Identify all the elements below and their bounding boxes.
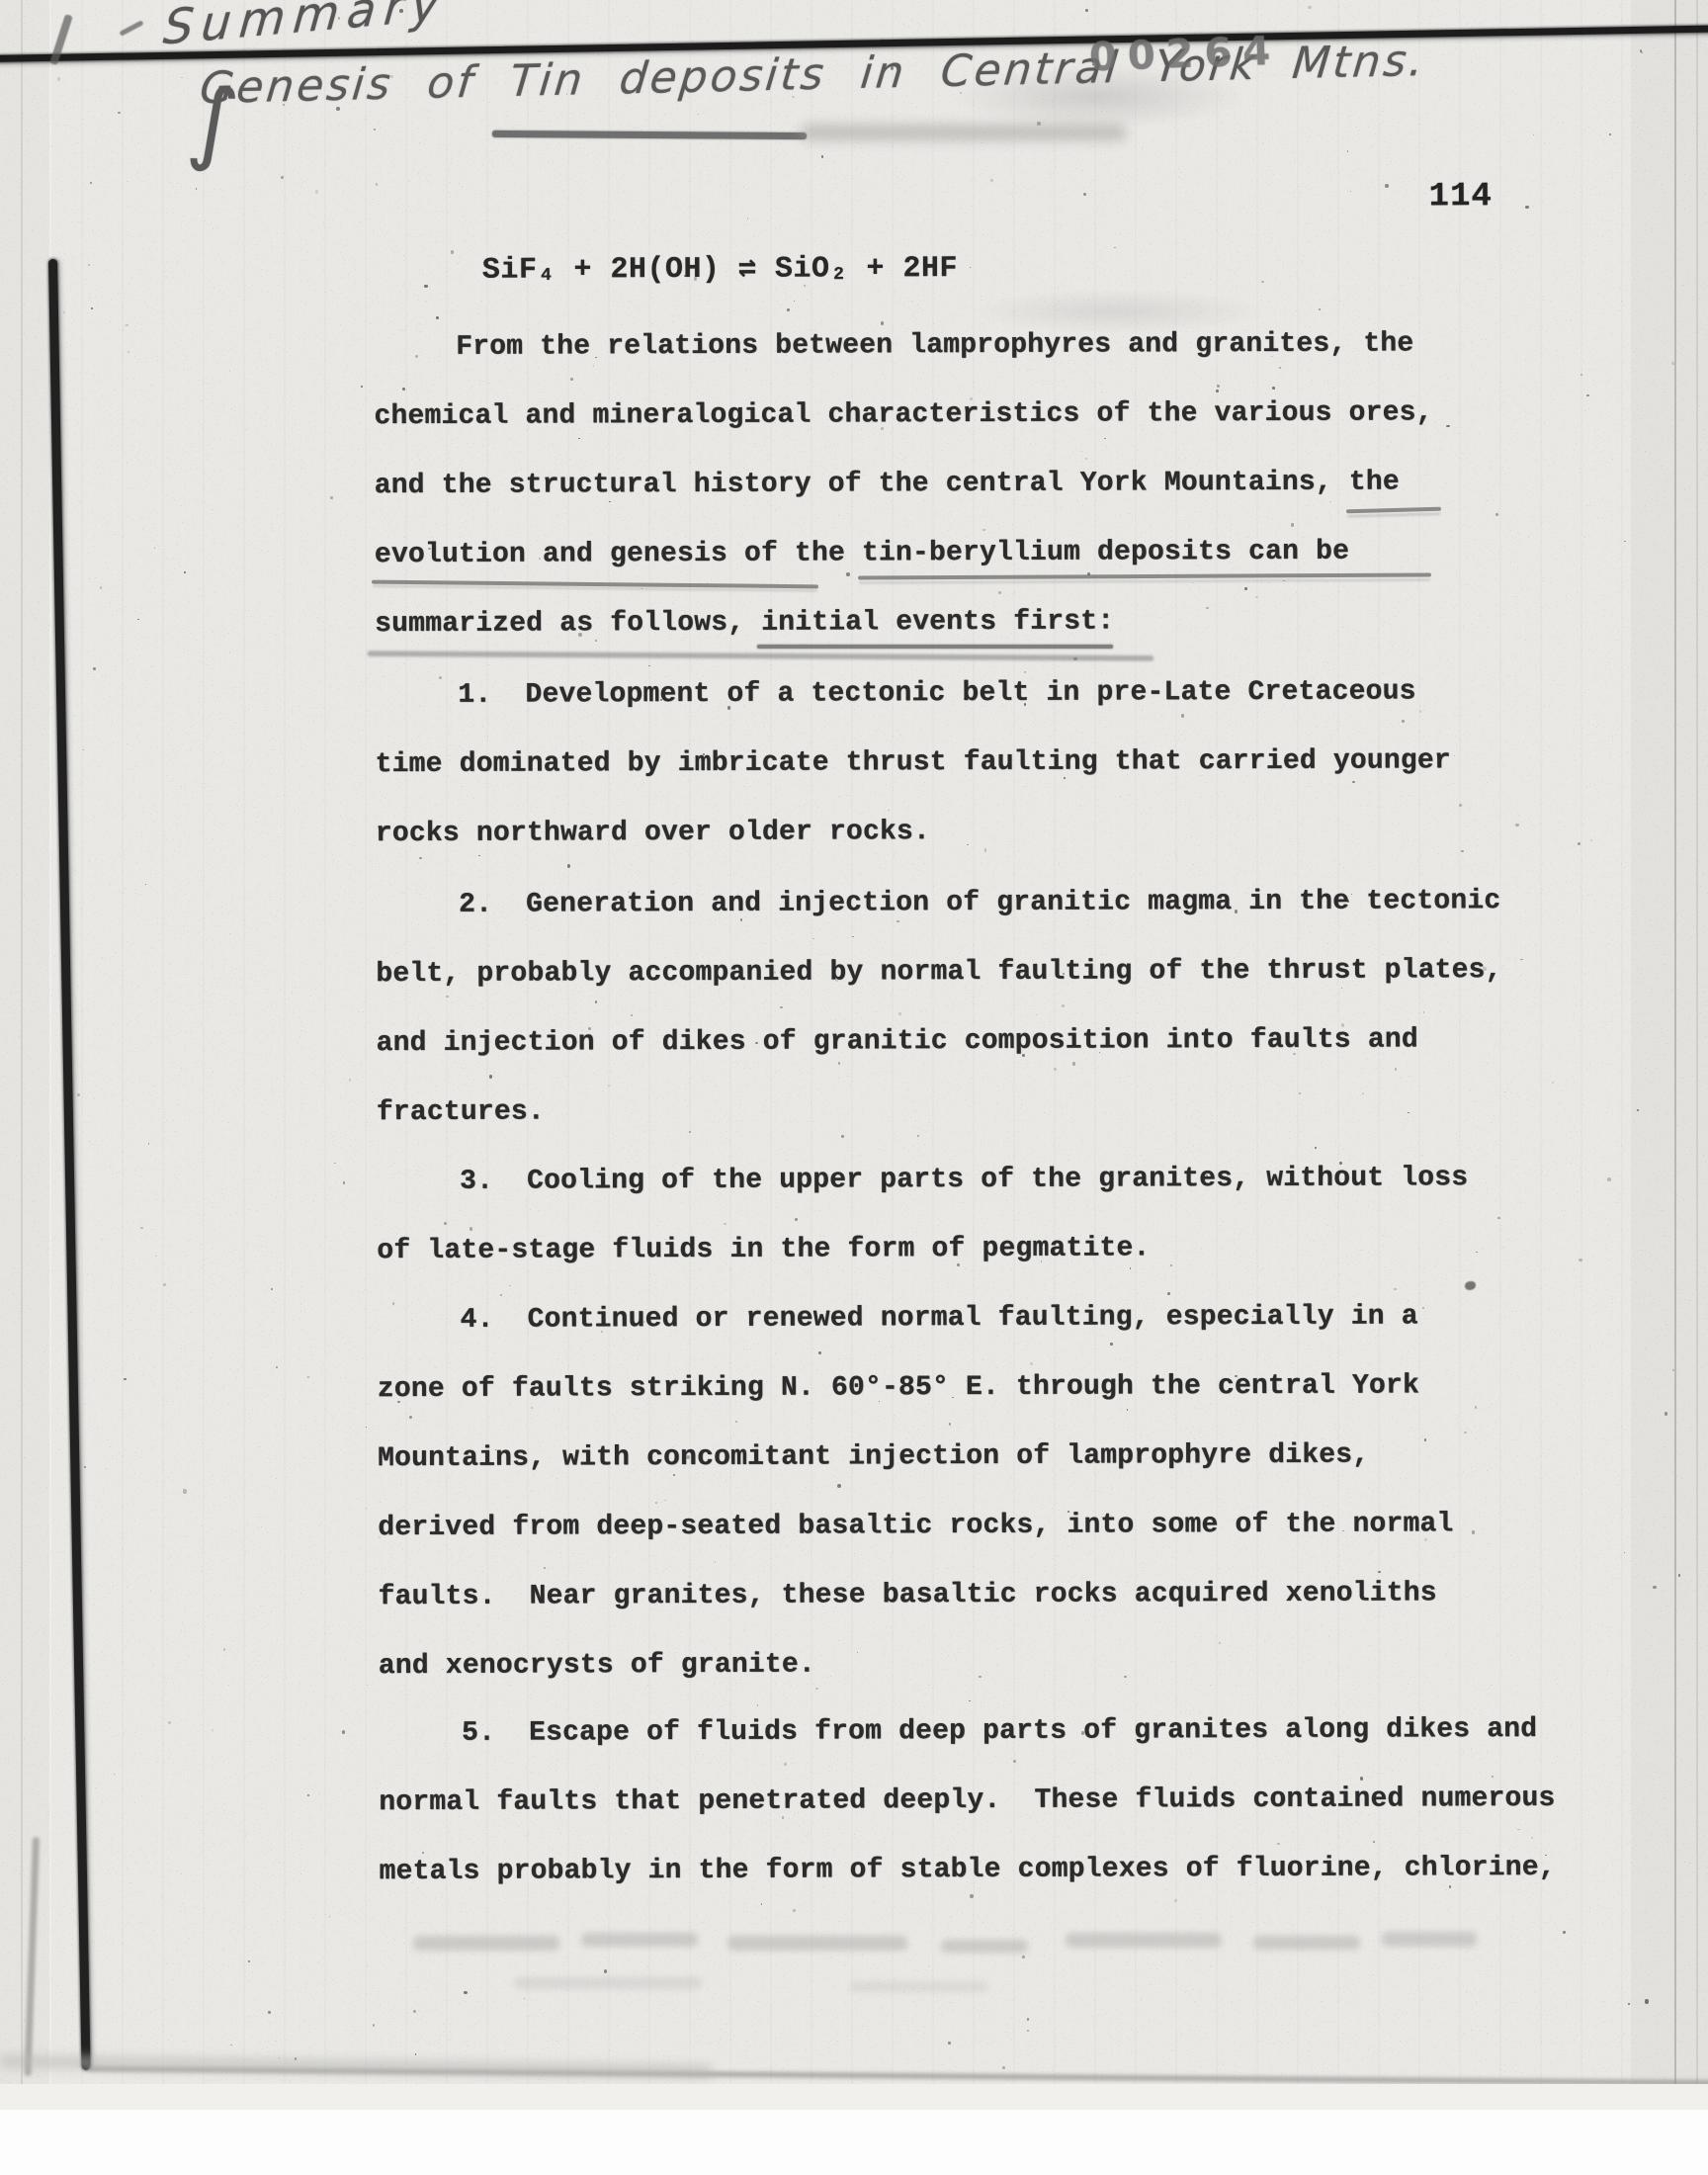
underline-initial-events [757,645,1113,649]
typed-line: evolution and genesis of the tin-berylli… [375,539,1349,569]
typed-line: From the relations between lamprophyres … [456,330,1413,361]
typed-line: 5. Escape of fluids from deep parts of g… [462,1716,1537,1748]
typed-line: faults. Near granites, these basaltic ro… [379,1580,1437,1611]
typed-text-layer: 114 SiF₄ + 2H(OH) ⇌ SiO₂ + 2HF From the … [0,0,1708,2175]
typed-line: time dominated by imbricate thrust fault… [376,747,1451,779]
typed-line: chemical and mineralogical characteristi… [374,399,1432,431]
typed-line: 2. Generation and injection of granitic … [459,888,1500,919]
typed-line: 3. Cooling of the upper parts of the gra… [460,1165,1468,1196]
body-text: From the relations between lamprophyres … [0,0,1707,1]
typed-line: rocks northward over older rocks. [376,819,930,848]
chemical-formula: SiF₄ + 2H(OH) ⇌ SiO₂ + 2HF [482,249,958,288]
typed-line: and xenocrysts of granite. [379,1652,815,1682]
typed-line: summarized as follows, initial events fi… [375,608,1114,639]
typed-line: 4. Continued or renewed normal faulting,… [461,1303,1418,1334]
typed-line: derived from deep-seated basaltic rocks,… [378,1511,1453,1542]
typed-line: metals probably in the form of stable co… [380,1855,1556,1886]
typed-line: fractures. [377,1098,545,1127]
typed-line: normal faults that penetrated deeply. Th… [379,1785,1555,1817]
typed-line: 1. Development of a tectonic belt in pre… [458,678,1415,709]
scanned-document-page: Summary ∫ Genesis of Tin deposits in Cen… [0,0,1708,2175]
typed-line: belt, probably accompanied by normal fau… [376,957,1501,989]
typed-line: of late-stage fluids in the form of pegm… [377,1235,1150,1265]
typed-line: zone of faults striking N. 60°-85° E. th… [378,1372,1419,1404]
typed-line: and injection of dikes of granitic compo… [377,1026,1418,1058]
page-number: 114 [1429,178,1493,216]
typed-line: Mountains, with concomitant injection of… [378,1442,1369,1474]
typed-line: and the structural history of the centra… [375,469,1400,500]
